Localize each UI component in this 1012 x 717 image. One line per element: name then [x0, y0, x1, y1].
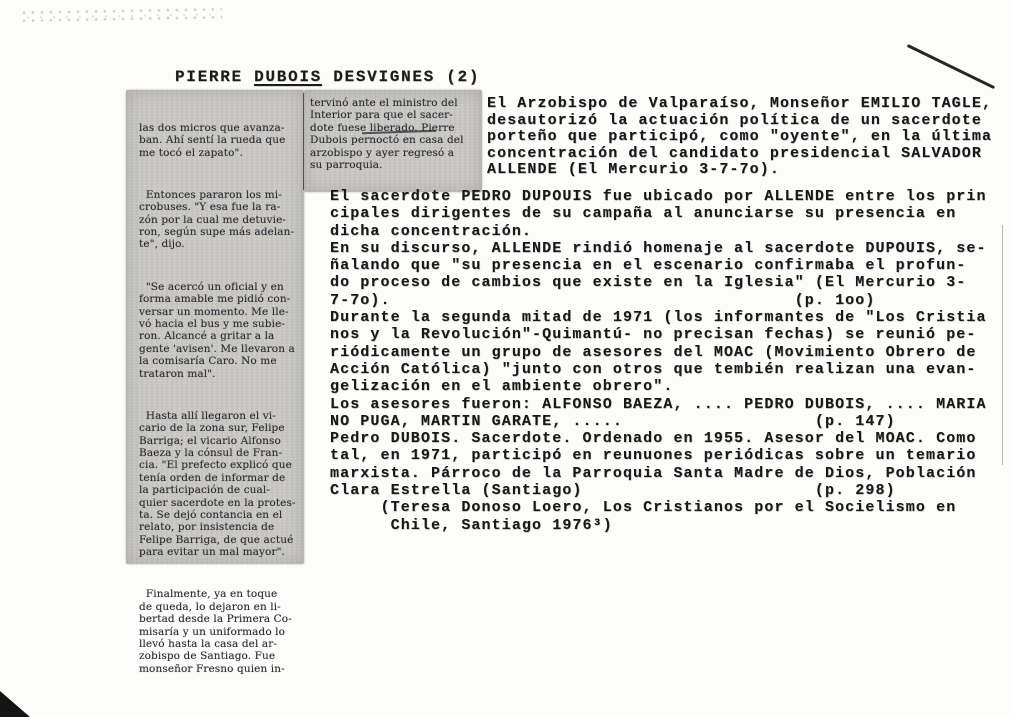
corner-mark [0, 691, 30, 717]
newspaper-clipping-column2: tervinó ante el ministro del Interior pa… [310, 97, 475, 171]
clipping-paragraph-2: Entonces pararon los mi- crobuses. "Y es… [139, 189, 297, 251]
title-underlined-name: DUBOIS [254, 68, 322, 86]
title-text-right: DESVIGNES (2) [322, 68, 480, 86]
pencil-scribble [22, 7, 222, 26]
paper-fold-line [1002, 225, 1003, 465]
document-page: PIERRE DUBOIS DESVIGNES (2) las dos micr… [0, 0, 1012, 717]
clipping-paragraph-5: Finalmente, ya en toque de queda, lo dej… [139, 588, 297, 675]
pen-mark-icon [907, 44, 995, 89]
clipping-column-divider [303, 93, 304, 190]
clipping-paragraph-3: "Se acercó un oficial y en forma amable … [139, 281, 297, 380]
typed-paragraph-1: El Arzobispo de Valparaíso, Monseñor EMI… [487, 96, 992, 179]
title-text-left: PIERRE [175, 68, 254, 86]
newspaper-clipping-column1: las dos micros que avanza- ban. Ahí sent… [139, 97, 297, 705]
clipping-paragraph-1: las dos micros que avanza- ban. Ahí sent… [139, 122, 297, 159]
page-title: PIERRE DUBOIS DESVIGNES (2) [175, 68, 480, 86]
typed-paragraph-2: El sacerdote PEDRO DUPOUIS fue ubicado p… [330, 188, 987, 534]
clipping-paragraph-4: Hasta allí llegaron el vi- cario de la z… [139, 410, 297, 559]
